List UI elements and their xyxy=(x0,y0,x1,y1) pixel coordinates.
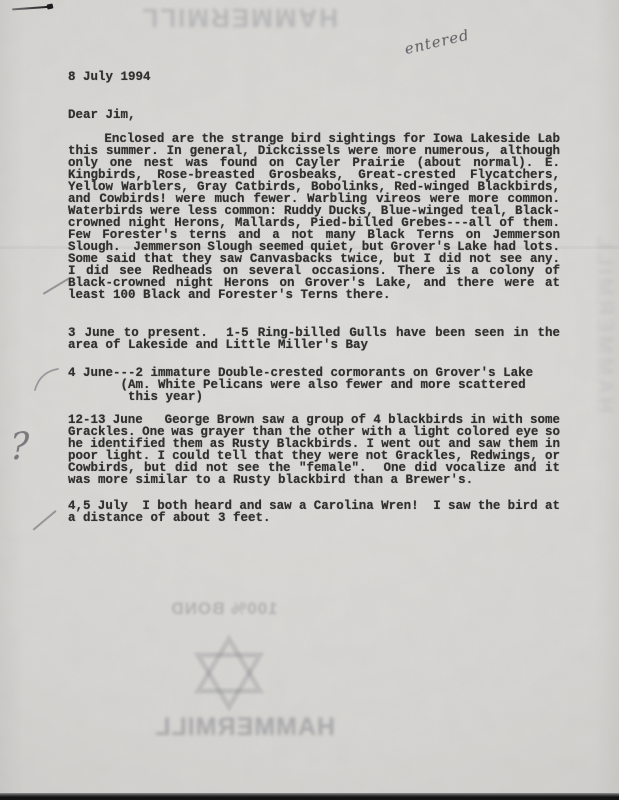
paragraph: 3 June to present. 1-5 Ring-billed Gulls… xyxy=(68,327,560,351)
margin-question-mark: ? xyxy=(10,426,29,469)
paragraph: 4,5 July I both heard and saw a Carolina… xyxy=(68,500,560,524)
letter-line: least 100 Black and Forester's Terns the… xyxy=(68,289,560,301)
letter-body: Enclosed are the strange bird sightings … xyxy=(68,0,560,800)
pen-mark-top-left-blob xyxy=(47,3,54,9)
watermark-hammermill-side: HAMMERMILL xyxy=(592,213,618,413)
letter-line: was more similar to a Rusty blackbird th… xyxy=(68,474,560,486)
paragraph: Enclosed are the strange bird sightings … xyxy=(68,133,560,301)
scan-edge-bottom xyxy=(0,793,619,800)
paragraph: 4 June---2 immature Double-crested cormo… xyxy=(68,367,560,403)
scanned-letter-page: HAMMERMILL HAMMERMILL 100% BOND HAMMERMI… xyxy=(0,0,619,800)
margin-check-slash-2 xyxy=(32,510,56,531)
paragraph: 12-13 June George Brown saw a group of 4… xyxy=(68,414,560,486)
letter-line: area of Lakeside and Little Miller's Bay xyxy=(68,339,560,351)
letter-line: a distance of about 3 feet. xyxy=(68,512,560,524)
margin-curve-mark xyxy=(30,364,64,394)
letter-line: this year) xyxy=(68,391,560,403)
margin-check-slash-1 xyxy=(43,278,70,295)
